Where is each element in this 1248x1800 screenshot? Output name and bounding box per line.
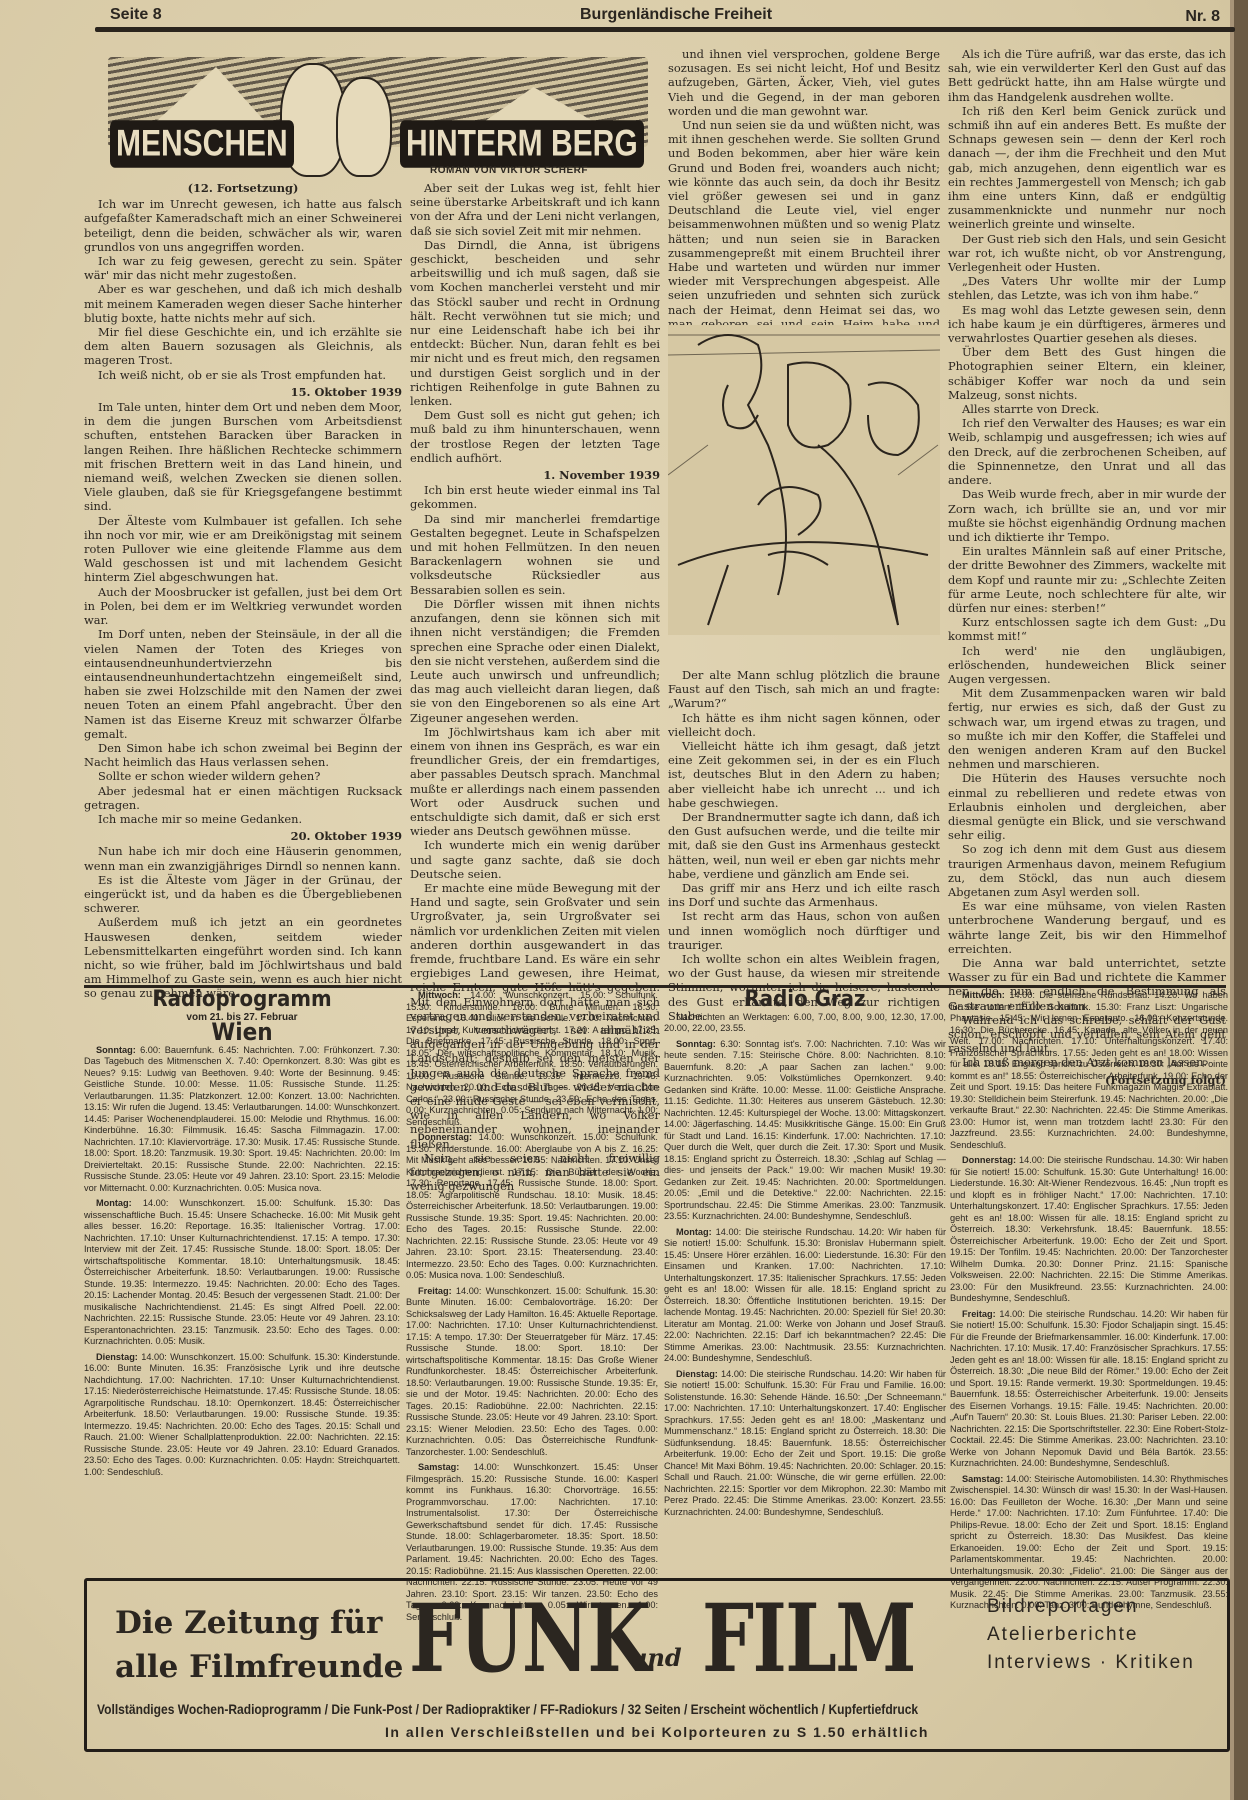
paragraph: Im Dorf unten, neben der Steinsäule, in … — [84, 627, 402, 741]
paragraph: Nun habe ich mir doch eine Häuserin geno… — [84, 844, 402, 872]
paragraph: „Des Vaters Uhr wollte mir der Lump steh… — [948, 274, 1226, 302]
paragraph: Ich wunderte mich ein wenig darüber und … — [410, 838, 660, 881]
radio-graz-column-2: Mittwoch: 14.00: Die steirische Rundscha… — [950, 990, 1228, 1616]
paragraph: Im Jöchlwirtshaus kam ich aber mit einem… — [410, 725, 660, 839]
paragraph: Im Tale unten, hinter dem Ort und neben … — [84, 400, 402, 514]
paragraph: Die Hüterin des Hauses versuchte noch ei… — [948, 771, 1226, 842]
newspaper-name: Burgenländische Freiheit — [580, 6, 772, 24]
paragraph: Ich weiß nicht, ob er sie als Trost empf… — [84, 368, 402, 382]
funk-und-film-advertisement: Die Zeitung für alle Filmfreunde FUNK un… — [84, 1578, 1230, 1752]
paragraph: Ist recht arm das Haus, schon von außen … — [668, 909, 940, 952]
ad-brand-funk: FUNK — [409, 1589, 650, 1689]
schedule-day: Freitag: 14.00: Wunschkonzert. 15.00: Sc… — [406, 1286, 658, 1459]
article-column-3: und ihnen viel versprochen, goldene Berg… — [668, 47, 940, 359]
paragraph: Es war eine mühsame, von vielen Rasten u… — [948, 899, 1226, 956]
paragraph: Auch der Moosbrucker ist gefallen, just … — [84, 585, 402, 628]
serial-title-right: HINTERM BERG — [400, 120, 644, 168]
station-title-wien: Wien — [84, 1027, 400, 1039]
paragraph: Ich rief den Verwalter des Hauses; es wa… — [948, 416, 1226, 487]
paragraph: Es ist die Älteste vom Jäger in der Grün… — [84, 873, 402, 916]
paragraph-group: Im Tale unten, hinter dem Ort und neben … — [84, 400, 402, 826]
paragraph: Der alte Mann schlug plötzlich die braun… — [668, 668, 940, 711]
radio-wien-column-2: Mittwoch: 14.00: Wunschkonzert. 15.00: S… — [406, 990, 658, 1627]
paragraph-group: Nun habe ich mir doch eine Häuserin geno… — [84, 844, 402, 1000]
diary-date: 1. November 1939 — [410, 468, 660, 482]
paragraph: Mit dem Zusammenpacken waren wir bald fe… — [948, 686, 1226, 771]
radio-wien-column-1: Radioprogramm vom 21. bis 27. Februar Wi… — [84, 990, 400, 1482]
paragraph: Ein uraltes Männlein saß auf einer Prits… — [948, 544, 1226, 615]
paragraph: Aber es war geschehen, und daß ich mich … — [84, 282, 402, 325]
ad-brand-film: FILM — [702, 1589, 915, 1689]
radio-graz-column-1: Radio Graz Nachrichten an Werktagen: 6.0… — [664, 990, 946, 1522]
paragraph: Ich hätte es ihm nicht sagen können, ode… — [668, 711, 940, 739]
paragraph: Ich war im Unrecht gewesen, ich hatte au… — [84, 197, 402, 254]
header-rule — [95, 27, 1235, 32]
paragraph: Sollte er schon wieder wildern gehen? — [84, 769, 402, 783]
radio-program-title: Radioprogramm — [84, 994, 400, 1006]
paragraph: Ich mache mir so meine Gedanken. — [84, 812, 402, 826]
paragraph-group: und ihnen viel versprochen, goldene Berg… — [668, 47, 940, 359]
paragraph-group: Als ich die Türe aufriß, war das erste, … — [948, 47, 1226, 1070]
schedule-day: Donnerstag: 14.00: Wunschkonzert. 15.00:… — [406, 1132, 658, 1282]
paragraph: Als ich die Türe aufriß, war das erste, … — [948, 47, 1226, 104]
serial-byline: ROMAN VON VIKTOR SCHERF — [430, 165, 588, 176]
schedule-day: Mittwoch: 14.00: Wunschkonzert. 15.00: S… — [406, 990, 658, 1128]
diary-date: 20. Oktober 1939 — [84, 829, 402, 843]
schedule-day: Donnerstag: 14.00: Die steirische Rundsc… — [950, 1155, 1228, 1305]
paragraph: Mir fiel diese Geschichte ein, und ich e… — [84, 325, 402, 368]
page-header: Seite 8 Burgenländische Freiheit Nr. 8 — [110, 4, 1220, 28]
paragraph-group: Ich war im Unrecht gewesen, ich hatte au… — [84, 197, 402, 382]
schedule-day: Sonntag: 6.00: Bauernfunk. 6.45: Nachric… — [84, 1045, 400, 1195]
paragraph: So zog ich denn mit dem Gust aus diesem … — [948, 842, 1226, 899]
article-column-1: (12. Fortsetzung) Ich war im Unrecht gew… — [84, 181, 402, 1001]
schedule-day: Dienstag: 14.00: Wunschkonzert. 15.00: S… — [84, 1352, 400, 1479]
newspaper-page: Seite 8 Burgenländische Freiheit Nr. 8 M… — [0, 0, 1248, 1800]
issue-number: Nr. 8 — [1185, 8, 1220, 26]
paragraph: Vielleicht hätte ich ihm gesagt, daß jet… — [668, 739, 940, 810]
ad-tagline: Die Zeitung für alle Filmfreunde — [115, 1601, 403, 1689]
page-edge — [1234, 0, 1248, 1800]
serial-title-left: MENSCHEN — [110, 120, 294, 168]
paragraph: Das Weib wurde frech, aber in mir wurde … — [948, 487, 1226, 544]
paragraph: Ich war zu feig gewesen, gerecht zu sein… — [84, 254, 402, 282]
paragraph-group: Der alte Mann schlug plötzlich die braun… — [668, 668, 940, 1023]
article-column-3b: Der alte Mann schlug plötzlich die braun… — [668, 668, 940, 1023]
paragraph: Der Gust rieb sich den Hals, und sein Ge… — [948, 232, 1226, 275]
tavern-illustration — [668, 325, 940, 635]
paragraph: Über dem Bett des Gust hingen die Photog… — [948, 345, 1226, 402]
diary-date: 15. Oktober 1939 — [84, 385, 402, 399]
page-number: Seite 8 — [110, 6, 162, 24]
paragraph: Aber seit der Lukas weg ist, fehlt hier … — [410, 181, 660, 238]
paragraph: Der Älteste vom Kulmbauer ist gefallen. … — [84, 514, 402, 585]
schedule-day: Dienstag: 14.00: Die steirische Rundscha… — [664, 1369, 946, 1519]
graz-news-times: Nachrichten an Werktagen: 6.00, 7.00, 8.… — [664, 1012, 946, 1035]
paragraph: Da sind mir mancherlei fremdartige Gesta… — [410, 512, 660, 597]
paragraph: Es mag wohl das Letzte gewesen sein, den… — [948, 303, 1226, 346]
portrait-illustration — [280, 57, 392, 177]
ad-brand-und: und — [630, 1643, 682, 1672]
paragraph: Dem Gust soll es nicht gut gehen; ich mu… — [410, 408, 660, 465]
station-title-graz: Radio Graz — [664, 994, 946, 1006]
ad-features-list: Bildreportagen Atelierberichte Interview… — [987, 1593, 1195, 1677]
paragraph: Der Brandnermutter sagte ich dann, daß i… — [668, 810, 940, 881]
ad-contents-strip: Vollständiges Wochen-Radioprogramm / Die… — [97, 1701, 1060, 1717]
schedule-day: Montag: 14.00: Wunschkonzert. 15.00: Sch… — [84, 1198, 400, 1348]
paragraph: Das Dirndl, die Anna, ist übrigens gesch… — [410, 238, 660, 408]
paragraph: Ich werd' nie den ungläubigen, erlöschen… — [948, 644, 1226, 687]
paragraph-group: Aber seit der Lukas weg ist, fehlt hier … — [410, 181, 660, 465]
paragraph: Kurz entschlossen sagte ich dem Gust: „D… — [948, 615, 1226, 643]
article-column-4: Als ich die Türe aufriß, war das erste, … — [948, 47, 1226, 1088]
paragraph: Ich riß den Kerl beim Genick zurück und … — [948, 104, 1226, 232]
paragraph: Den Simon habe ich schon zweimal bei Beg… — [84, 741, 402, 769]
ad-availability: In allen Verschleißstellen und bei Kolpo… — [87, 1724, 1227, 1740]
paragraph: Die Dörfler wissen mit ihnen nichts anzu… — [410, 597, 660, 725]
schedule-day: Sonntag: 6.30: Sonntag ist's. 7.00: Nach… — [664, 1039, 946, 1223]
paragraph: Und nun seien sie da und wüßten nicht, w… — [668, 118, 940, 359]
installment-label: (12. Fortsetzung) — [84, 181, 402, 195]
serial-banner: MENSCHEN HINTERM BERG ROMAN VON VIKTOR S… — [108, 57, 648, 177]
paragraph: Alles starrte von Dreck. — [948, 402, 1226, 416]
schedule-day: Mittwoch: 14.00: Die steirische Rundscha… — [950, 990, 1228, 1151]
paragraph: Das griff mir ans Herz und ich eilte ras… — [668, 881, 940, 909]
paragraph: Ich bin erst heute wieder einmal ins Tal… — [410, 483, 660, 511]
schedule-day: Freitag: 14.00: Die steirische Rundschau… — [950, 1309, 1228, 1470]
paragraph: Aber jedesmal hat er einen mächtigen Ruc… — [84, 784, 402, 812]
schedule-day: Montag: 14.00: Die steirische Rundschau.… — [664, 1227, 946, 1365]
paragraph: und ihnen viel versprochen, goldene Berg… — [668, 47, 940, 118]
